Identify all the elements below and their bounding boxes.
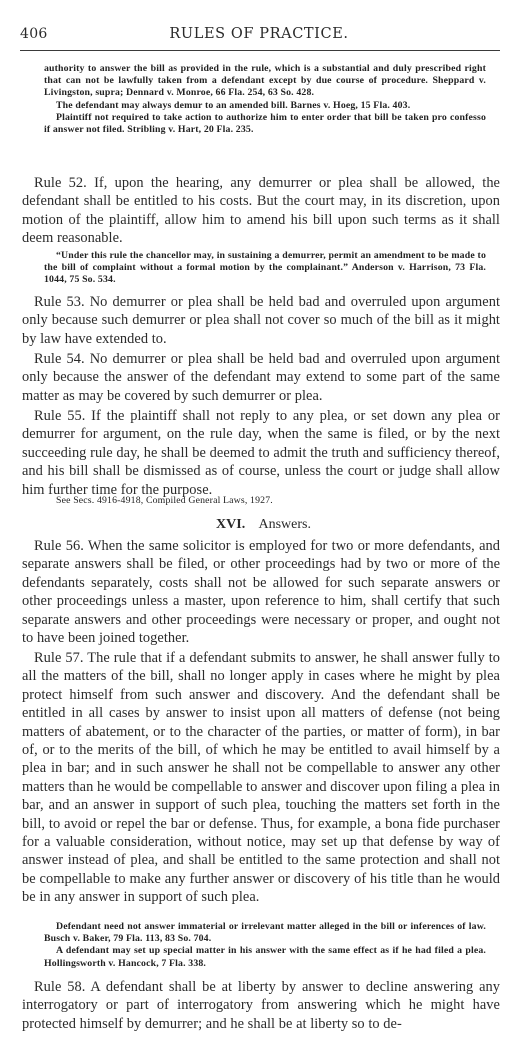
- rule-paragraph: Rule 52. If, upon the hearing, any demur…: [22, 174, 500, 248]
- note-paragraph: Defendant need not answer immaterial or …: [44, 921, 486, 945]
- rule-57: Rule 57. The rule that if a defendant su…: [22, 649, 500, 907]
- rule-paragraph: Rule 56. When the same solicitor is empl…: [22, 537, 500, 647]
- note-paragraph: “Under this rule the chancellor may, in …: [44, 250, 486, 287]
- rule-58: Rule 58. A defendant shall be at liberty…: [22, 978, 500, 1033]
- rule-55: Rule 55. If the plaintiff shall not repl…: [22, 407, 500, 499]
- header-divider: [20, 50, 500, 51]
- note-paragraph: authority to answer the bill as provided…: [44, 63, 486, 100]
- rule-53: Rule 53. No demurrer or plea shall be he…: [22, 293, 500, 348]
- rule-paragraph: Rule 58. A defendant shall be at liberty…: [22, 978, 500, 1033]
- rule-paragraph: Rule 55. If the plaintiff shall not repl…: [22, 407, 500, 499]
- note-rule-52: “Under this rule the chancellor may, in …: [44, 250, 486, 287]
- rule-52: Rule 52. If, upon the hearing, any demur…: [22, 174, 500, 248]
- note-paragraph: The defendant may always demur to an ame…: [44, 100, 486, 112]
- rule-paragraph: Rule 57. The rule that if a defendant su…: [22, 649, 500, 907]
- rule-paragraph: Rule 53. No demurrer or plea shall be he…: [22, 293, 500, 348]
- note-paragraph: See Secs. 4916-4918, Compiled General La…: [56, 495, 498, 507]
- note-paragraph: A defendant may set up special matter in…: [44, 945, 486, 969]
- section-title: Answers.: [258, 517, 311, 532]
- footnote-block-top: authority to answer the bill as provided…: [44, 63, 486, 136]
- section-heading: XVI. Answers.: [0, 517, 527, 533]
- section-number: XVI.: [216, 517, 245, 532]
- document-page: 406 RULES OF PRACTICE. authority to answ…: [0, 0, 527, 1047]
- page-header: 406 RULES OF PRACTICE.: [20, 26, 498, 48]
- running-title: RULES OF PRACTICE.: [20, 26, 498, 42]
- rule-54: Rule 54. No demurrer or plea shall be he…: [22, 350, 500, 405]
- rule-56: Rule 56. When the same solicitor is empl…: [22, 537, 500, 647]
- rule-paragraph: Rule 54. No demurrer or plea shall be he…: [22, 350, 500, 405]
- notes-rule-57: Defendant need not answer immaterial or …: [44, 921, 486, 970]
- note-paragraph: Plaintiff not required to take action to…: [44, 112, 486, 136]
- note-rule-55: See Secs. 4916-4918, Compiled General La…: [56, 495, 498, 507]
